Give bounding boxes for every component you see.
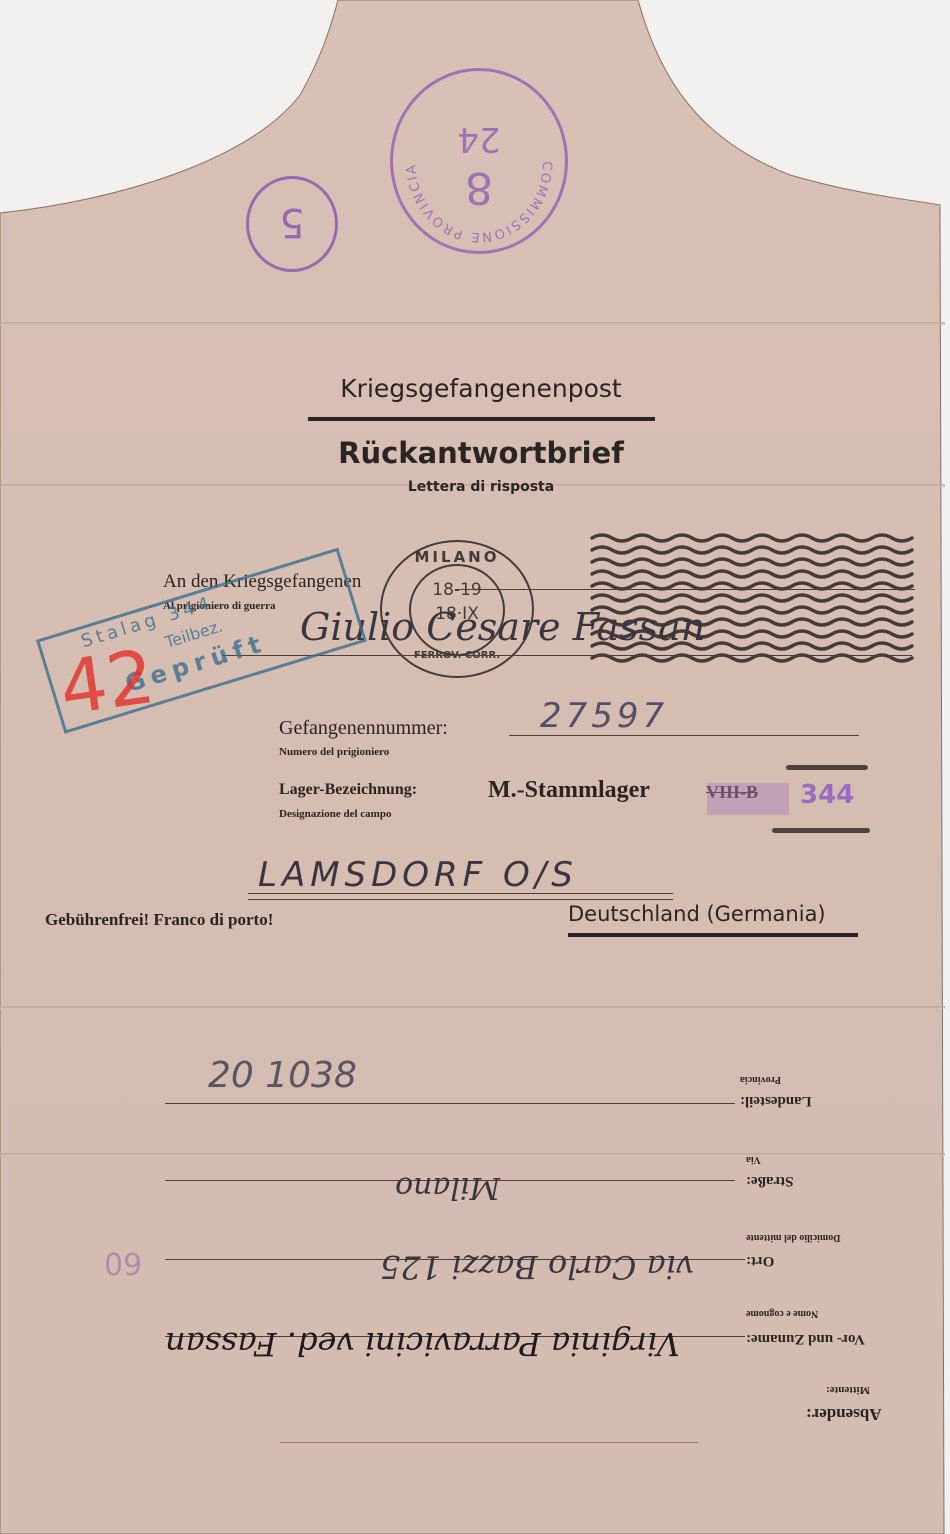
red-pencil-mark: 42 [54,634,159,732]
postage-free-label: Gebührenfrei! Franco di porto! [45,910,273,930]
sender-province-value: 20 1038 [208,1055,357,1096]
sender-street-label: Straße: [746,1172,794,1189]
sender-address-value: via Carlo Bazzi 125 [380,1248,694,1286]
camp-location: LAMSDORF O/S [258,855,578,895]
camp-label-italian: Designazione del campo [279,808,391,820]
form-subtitle-italian: Lettera di risposta [306,479,656,495]
title-underline [308,417,655,421]
letter-sheet: 5 COMMISSIONE PROVINCIALE CENSURA 8 24 K… [0,0,950,1534]
wavy-cancellation-mark [588,530,916,670]
prisoner-number-label: Gefangenennummer: [279,717,448,740]
sender-city-label-italian: Domicilio del mittente [746,1232,840,1243]
prisoner-number: 27597 [540,696,668,736]
camp-label: Lager-Bezeichnung: [279,781,417,799]
sender-city-label: Ort: [746,1252,774,1269]
fold-line [0,1006,945,1009]
sender-province-label: Landesteil: [740,1092,812,1109]
form-subtitle: Rückantwortbrief [306,436,656,470]
sender-street-value: Milano [395,1170,500,1205]
censorship-commission-stamp: COMMISSIONE PROVINCIALE CENSURA 8 24 [390,68,568,254]
camp-number-stamp: 344 [800,780,854,810]
censor-circle-stamp: 5 [246,176,338,272]
violet-mark: 09 [104,1248,142,1283]
fold-line [0,1153,945,1156]
prisoner-number-label-italian: Numero del prigioniero [279,746,389,758]
sender-name-label-italian: Nome e cognome [746,1308,818,1319]
form-title: Kriegsgefangenenpost [306,374,656,403]
sender-header-label-italian: Mittente: [826,1384,870,1396]
sender-name-value: Virginia Parravicini ved. Fassan [165,1325,680,1363]
sender-header-label: Absender: [806,1404,882,1424]
destination-country: Deutschland (Germania) [568,902,826,926]
sender-province-label-italian: Provincia [740,1074,781,1085]
camp-name: M.-Stammlager [488,777,650,804]
fold-line [0,322,945,325]
sender-street-label-italian: Via [746,1154,761,1165]
sender-name-label: Vor- und Zuname: [746,1330,865,1347]
